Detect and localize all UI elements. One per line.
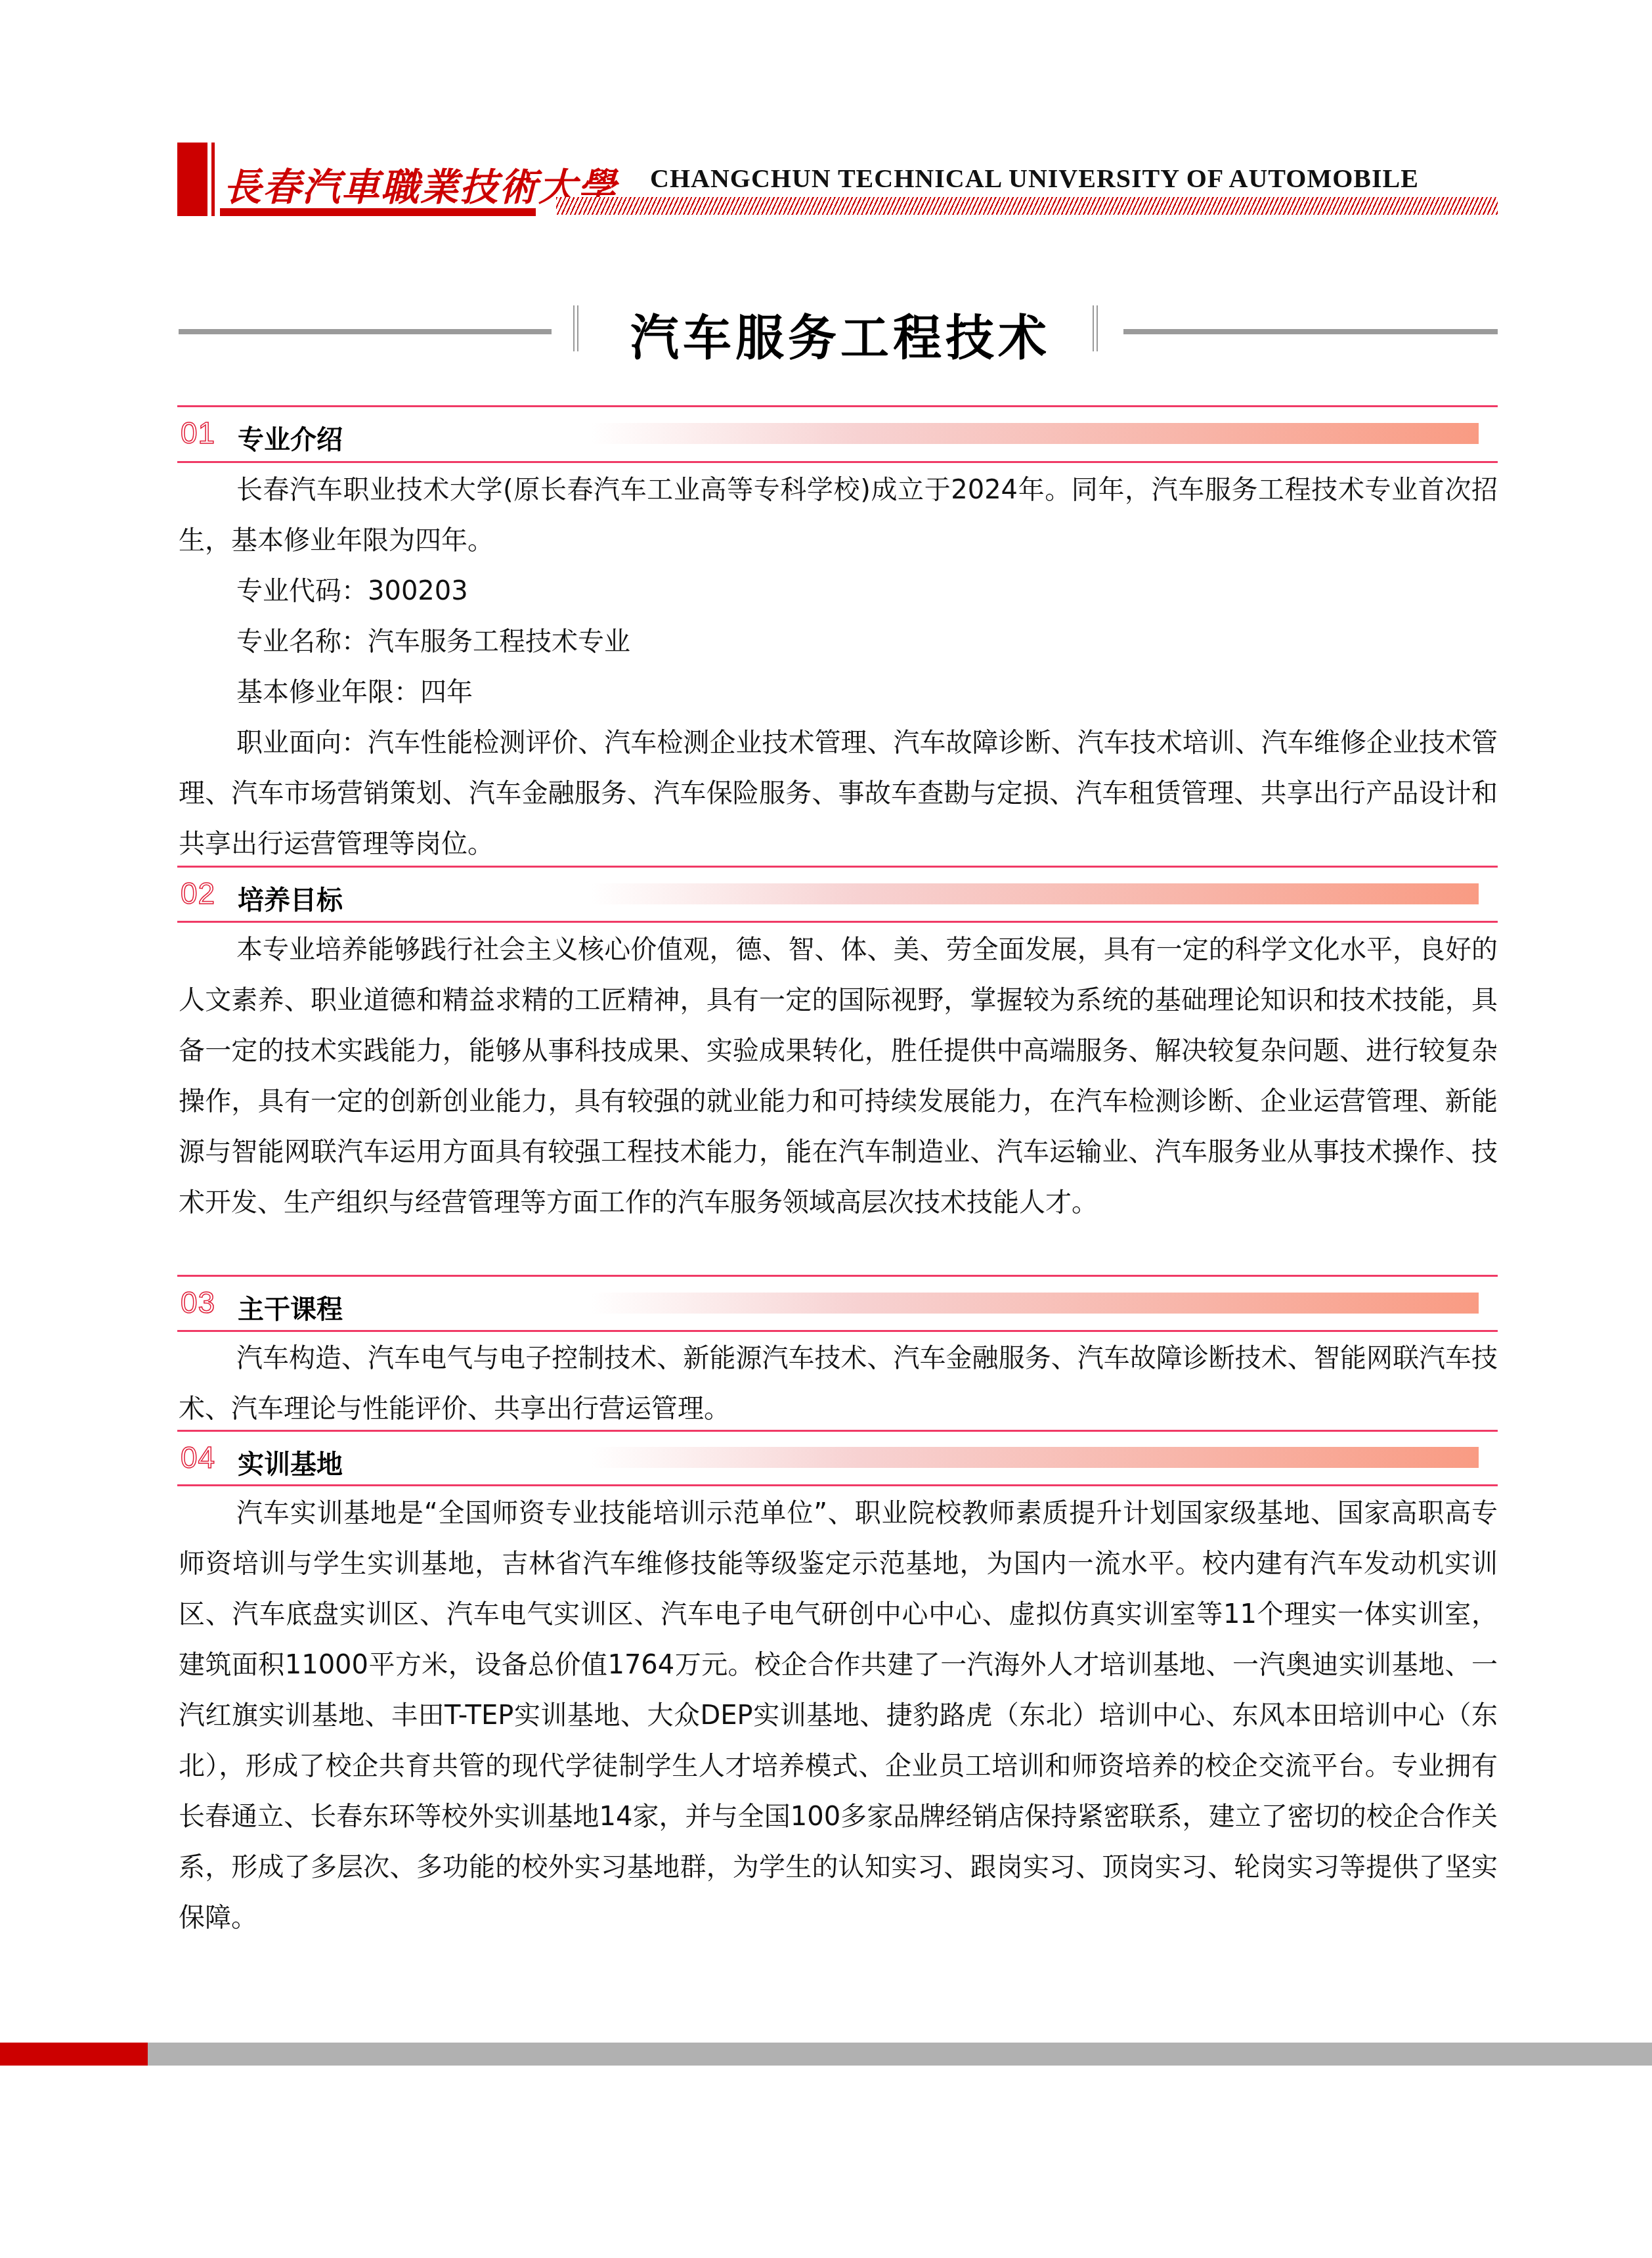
section-rule (177, 1330, 1498, 1332)
paragraph: 专业代码：300203 (179, 566, 1498, 617)
title-rule-right (1123, 329, 1498, 334)
section-rule (177, 1275, 1498, 1277)
footer-gray-bar (148, 2043, 1652, 2066)
paragraph: 专业名称：汽车服务工程技术专业 (179, 617, 1498, 667)
section-rule (177, 921, 1498, 923)
section-number: 02 (181, 875, 215, 911)
section-gradient-bar (591, 1447, 1479, 1468)
title-rule-left (179, 329, 552, 334)
logo-underline (220, 208, 536, 216)
section-gradient-bar (591, 1293, 1479, 1314)
paragraph: 基本修业年限：四年 (179, 667, 1498, 718)
section-title: 主干课程 (238, 1289, 343, 1326)
section-gradient-bar (591, 423, 1479, 444)
section-title: 专业介绍 (238, 419, 343, 456)
section-number: 04 (181, 1440, 215, 1475)
section-rule (177, 866, 1498, 868)
section-gradient-bar (591, 883, 1479, 904)
university-english-name: CHANGCHUN TECHNICAL UNIVERSITY OF AUTOMO… (650, 163, 1419, 194)
paragraph: 长春汽车职业技术大学(原长春汽车工业高等专科学校)成立于2024年。同年，汽车服… (179, 465, 1498, 566)
section-rule (177, 405, 1498, 407)
section-title: 实训基地 (238, 1444, 343, 1481)
logo-thin-bar (211, 143, 215, 216)
section-title: 培养目标 (238, 879, 343, 917)
title-separator-left (573, 305, 578, 351)
section-number: 01 (181, 415, 215, 451)
footer-red-block (0, 2043, 148, 2066)
paragraph: 汽车实训基地是“全国师资专业技能培训示范单位”、职业院校教师素质提升计划国家级基… (179, 1488, 1498, 1943)
paragraph: 本专业培养能够践行社会主义核心价值观，德、智、体、美、劳全面发展，具有一定的科学… (179, 925, 1498, 1228)
section-body: 汽车构造、汽车电气与电子控制技术、新能源汽车技术、汽车金融服务、汽车故障诊断技术… (179, 1333, 1498, 1434)
section-rule (177, 461, 1498, 463)
section-number: 03 (181, 1285, 215, 1320)
section-rule (177, 1430, 1498, 1432)
paragraph: 职业面向：汽车性能检测评价、汽车检测企业技术管理、汽车故障诊断、汽车技术培训、汽… (179, 718, 1498, 870)
logo-red-bar (177, 143, 207, 216)
section-body: 本专业培养能够践行社会主义核心价值观，德、智、体、美、劳全面发展，具有一定的科学… (179, 925, 1498, 1228)
paragraph: 汽车构造、汽车电气与电子控制技术、新能源汽车技术、汽车金融服务、汽车故障诊断技术… (179, 1333, 1498, 1434)
page-title: 汽车服务工程技术 (630, 299, 1051, 369)
hatched-divider (556, 197, 1498, 215)
section-body: 长春汽车职业技术大学(原长春汽车工业高等专科学校)成立于2024年。同年，汽车服… (179, 465, 1498, 870)
section-body: 汽车实训基地是“全国师资专业技能培训示范单位”、职业院校教师素质提升计划国家级基… (179, 1488, 1498, 1943)
title-separator-right (1093, 305, 1098, 351)
section-rule (177, 1484, 1498, 1486)
